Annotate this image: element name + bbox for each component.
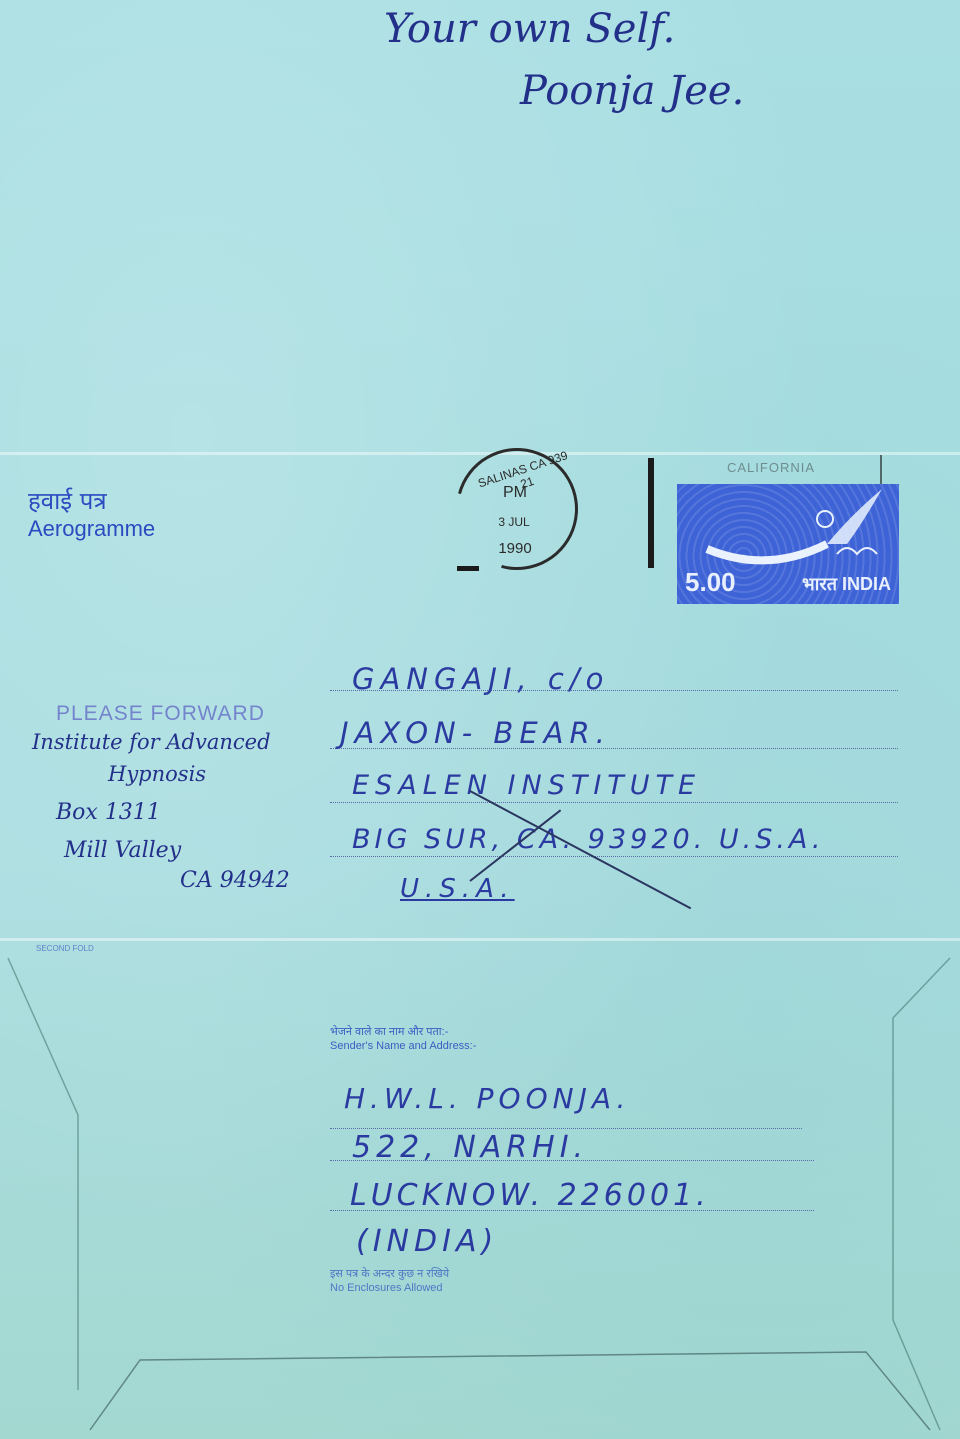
cancel-bar — [648, 458, 654, 568]
aerogramme-title-english: Aerogramme — [28, 516, 155, 542]
forward-line-4: Mill Valley — [64, 838, 181, 863]
postmark-year: 1990 — [490, 540, 540, 557]
address-line-3 — [330, 802, 898, 803]
recipient-line-3: ESALEN INSTITUTE — [352, 770, 701, 801]
sender-line-4-text: (INDIA) — [356, 1224, 498, 1259]
sender-label-english: Sender's Name and Address:- — [330, 1040, 476, 1052]
cancel-bar-left — [457, 566, 479, 571]
please-forward-stamp: PLEASE FORWARD — [56, 702, 265, 726]
recipient-line-4: BIG SUR, CA. 93920. U.S.A. — [352, 824, 824, 855]
closing-line-1: Your own Self. — [384, 6, 675, 52]
fold-line-top — [0, 452, 960, 455]
forward-line-1: Institute for Advanced — [32, 730, 271, 754]
sender-line-1-text: H.W.L. POONJA. — [344, 1082, 630, 1115]
recipient-line-5: U.S.A. — [400, 874, 515, 904]
forward-line-5: CA 94942 — [180, 868, 290, 893]
enclosure-note-english: No Enclosures Allowed — [330, 1282, 443, 1294]
forward-line-3: Box 1311 — [56, 800, 161, 825]
address-line-4 — [330, 856, 898, 857]
second-fold-label: SECOND FOLD — [36, 944, 94, 953]
aerogramme-title-hindi: हवाई पत्र — [28, 484, 107, 517]
postmark-period: PM — [490, 484, 540, 502]
closing-line-2: Poonja Jee. — [520, 68, 744, 114]
sender-label-hindi: भेजने वाले का नाम और पता:- — [330, 1024, 448, 1039]
cancel-text: CALIFORNIA — [716, 460, 826, 475]
stamp-value: 5.00 — [685, 567, 736, 598]
sender-line-1 — [330, 1128, 802, 1129]
recipient-line-1: GANGAJI, c/o — [352, 662, 609, 696]
recipient-line-2: JAXON- BEAR. — [340, 716, 611, 750]
postmark-date: 3 JUL — [484, 515, 544, 529]
fold-line-second — [0, 938, 960, 941]
postage-stamp: 5.00 भारत INDIA — [677, 484, 899, 604]
sender-line-2-text: 522, NARHI. — [352, 1130, 588, 1165]
sender-line-3-text: LUCKNOW. 226001. — [350, 1178, 710, 1213]
forward-line-2: Hypnosis — [108, 762, 206, 786]
stamp-country: भारत INDIA — [802, 572, 891, 596]
enclosure-note-hindi: इस पत्र के अन्दर कुछ न रखिये — [330, 1266, 449, 1281]
